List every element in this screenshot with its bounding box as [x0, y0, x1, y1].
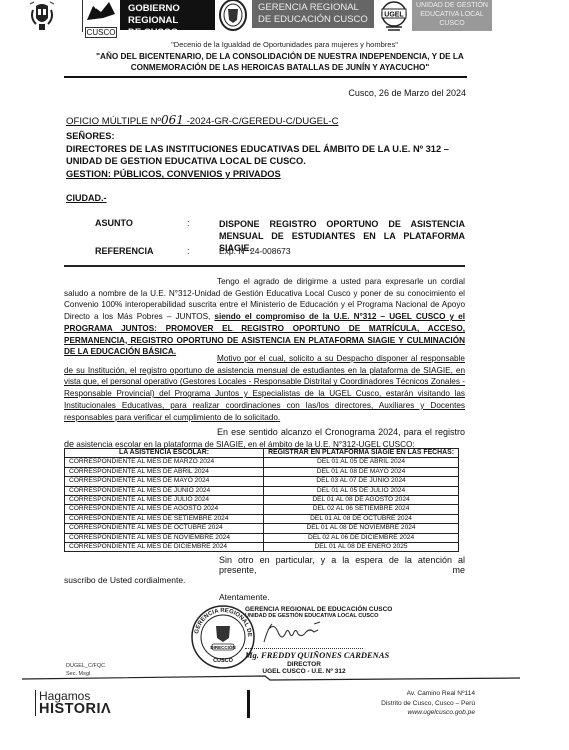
- attendance-month-cell: CORRESPONDIENTE AL MES DE NOVIEMBRE 2024: [65, 533, 264, 542]
- paragraph-intro: Tengo el agrado de dirigirme a usted par…: [64, 276, 465, 358]
- address-line: Av. Camino Real Nº114: [381, 689, 475, 699]
- oficio-handwritten-number: 061: [161, 113, 184, 127]
- signer-title: DIRECTOR: [245, 661, 363, 668]
- address-line: Distrito de Cusco, Cusco – Perú: [381, 699, 475, 709]
- column-header: REGISTRAR EN PLATAFORMA SIAGIE EN LAS FE…: [264, 449, 459, 458]
- registration-dates-cell: DEL 01 AL 08 DE ENERO 2025: [264, 543, 459, 552]
- svg-text:CUSCO: CUSCO: [213, 658, 234, 664]
- closing-line: Sin otro en particular, y a la espera de…: [219, 555, 465, 575]
- salutation: Atentamente.: [219, 592, 270, 602]
- column-header: LA ASISTENCIA ESCOLAR:: [65, 449, 264, 458]
- table-row: CORRESPONDIENTE AL MES DE MARZO 2024DEL …: [65, 458, 459, 467]
- gestion-types: GESTION: PÚBLICOS, CONVENIOS y PRIVADOS: [66, 169, 281, 179]
- addressee-title: SEÑORES:: [66, 131, 115, 141]
- ugel-banner: UNIDAD DE GESTIÓN EDUCATIVA LOCAL CUSCO: [412, 0, 492, 31]
- schedule-table: LA ASISTENCIA ESCOLAR: REGISTRAR EN PLAT…: [64, 448, 459, 552]
- table-row: CORRESPONDIENTE AL MES DE DICIEMBRE 2024…: [65, 543, 459, 552]
- peru-coat-of-arms-icon: [22, 0, 62, 32]
- oficio-number: OFICIO MÚLTIPLE Nº061 -2024-GR-C/GEREDU-…: [66, 113, 339, 127]
- table-row: CORRESPONDIENTE AL MES DE JULIO 2024DEL …: [65, 496, 459, 505]
- registration-dates-cell: DEL 01 AL 08 DE AGOSTO 2024: [264, 496, 459, 505]
- oficio-prefix: OFICIO MÚLTIPLE Nº: [66, 116, 161, 127]
- cusco-label: CUSCO: [85, 27, 117, 38]
- registration-dates-cell: DEL 01 AL 08 DE OCTUBRE 2024: [264, 514, 459, 523]
- footer-separator: [247, 690, 250, 718]
- dre-emblem-icon: [218, 0, 248, 32]
- attendance-month-cell: CORRESPONDIENTE AL MES DE DICIEMBRE 2024: [65, 543, 264, 552]
- asunto-line: DISPONE REGISTRO OPORTUNO DE ASISTENCIA: [219, 218, 465, 230]
- letter-date: Cusco, 26 de Marzo del 2024: [348, 88, 466, 98]
- registration-dates-cell: DEL 02 AL 06 DE DICIEMBRE 2024: [264, 533, 459, 542]
- oficio-suffix: -2024-GR-C/GEREDU-C/DUGEL-C: [184, 116, 339, 127]
- banner-line: GOBIERNO REGIONAL: [128, 3, 215, 27]
- registration-dates-cell: DEL 02 AL 06 SETIEMBRE 2024: [264, 505, 459, 514]
- table-row: CORRESPONDIENTE AL MES DE NOVIEMBRE 2024…: [65, 533, 459, 542]
- paragraph-schedule: En ese sentido alcanzo el Cronograma 202…: [64, 427, 465, 450]
- attendance-month-cell: CORRESPONDIENTE AL MES DE JUNIO 2024: [65, 486, 264, 495]
- colon: :: [187, 218, 190, 228]
- table-row: CORRESPONDIENTE AL MES DE ABRIL 2024DEL …: [65, 467, 459, 476]
- registration-dates-cell: DEL 03 AL 07 DE JUNIO 2024: [264, 477, 459, 486]
- table-row: CORRESPONDIENTE AL MES DE SETIEMBRE 2024…: [65, 514, 459, 523]
- slogan-line-2: HISTORIΛ: [39, 703, 111, 716]
- colon: :: [187, 246, 190, 256]
- banner-line: UNIDAD DE GESTIÓN: [412, 1, 492, 10]
- header-divider: [64, 76, 467, 78]
- banner-line: EDUCATIVA LOCAL: [412, 10, 492, 19]
- website-link[interactable]: www.ugelcusco.gob.pe: [381, 708, 475, 718]
- gerencia-regional-banner: GERENCIA REGIONAL DE EDUCACIÓN CUSCO: [252, 0, 374, 28]
- reference-code: DUGEL_C/FQC: [66, 662, 105, 670]
- gobierno-regional-banner: GOBIERNO REGIONAL DE CUSCO: [120, 0, 215, 30]
- attendance-month-cell: CORRESPONDIENTE AL MES DE MAYO 2024: [65, 477, 264, 486]
- ugel-emblem-icon: UGEL: [378, 0, 410, 32]
- registration-dates-cell: DEL 01 AL 05 DE JULIO 2024: [264, 486, 459, 495]
- attendance-month-cell: CORRESPONDIENTE AL MES DE MARZO 2024: [65, 458, 264, 467]
- attendance-month-cell: CORRESPONDIENTE AL MES DE AGOSTO 2024: [65, 505, 264, 514]
- svg-text:UGEL: UGEL: [384, 12, 404, 19]
- subject-divider: [64, 265, 465, 267]
- signer-name: Mg. FREDDY QUIÑONES CARDENAS: [245, 650, 389, 660]
- addressee: DIRECTORES DE LAS INSTITUCIONES EDUCATIV…: [66, 143, 471, 167]
- banner-line: CUSCO: [412, 19, 492, 28]
- referencia-value: Exp. Nº 24-008673: [219, 246, 291, 256]
- paragraph-request: Motivo por el cual, solicito a su Despac…: [64, 353, 465, 423]
- registration-dates-cell: DEL 01 AL 05 DE ABRIL 2024: [264, 458, 459, 467]
- footer-address: Av. Camino Real Nº114 Distrito de Cusco,…: [381, 689, 475, 718]
- table-row: CORRESPONDIENTE AL MES DE JUNIO 2024DEL …: [65, 486, 459, 495]
- signature-line: [245, 648, 363, 649]
- stamp-line-2: UNIDAD DE GESTIÓN EDUCATIVA LOCAL CUSCO: [245, 613, 378, 619]
- closing-line-2: suscribo de Usted cordialmente.: [64, 575, 185, 585]
- table-row: CORRESPONDIENTE AL MES DE MAYO 2024DEL 0…: [65, 477, 459, 486]
- svg-text:DIRECCIÓN: DIRECCIÓN: [210, 643, 235, 650]
- footer-divider: [0, 672, 569, 682]
- attendance-month-cell: CORRESPONDIENTE AL MES DE ABRIL 2024: [65, 467, 264, 476]
- table-row: CORRESPONDIENTE AL MES DE AGOSTO 2024DEL…: [65, 505, 459, 514]
- referencia-label: REFERENCIA: [95, 246, 154, 256]
- handwritten-signature-icon: [258, 620, 328, 646]
- asunto-label: ASUNTO: [95, 218, 133, 228]
- registration-dates-cell: DEL 01 AL 08 DE MAYO 2024: [264, 467, 459, 476]
- banner-line: DE CUSCO: [128, 27, 215, 39]
- request-text: Motivo por el cual, solicito a su Despac…: [64, 354, 465, 422]
- slogan-logo: Hagamos HISTORIΛ: [35, 690, 111, 716]
- registration-dates-cell: DEL 01 AL 08 DE NOVIEMBRE 2024: [264, 524, 459, 533]
- banner-line: DE EDUCACIÓN CUSCO: [258, 14, 374, 26]
- ciudad: CIUDAD.-: [66, 193, 107, 203]
- attendance-month-cell: CORRESPONDIENTE AL MES DE SETIEMBRE 2024: [65, 514, 264, 523]
- cusco-municipality-logo: CUSCO: [82, 0, 119, 32]
- banner-line: GERENCIA REGIONAL: [258, 2, 374, 14]
- table-header-row: LA ASISTENCIA ESCOLAR: REGISTRAR EN PLAT…: [65, 449, 459, 458]
- year-motto: "AÑO DEL BICENTENARIO, DE LA CONSOLIDACI…: [70, 51, 490, 73]
- attendance-month-cell: CORRESPONDIENTE AL MES DE OCTUBRE 2024: [65, 524, 264, 533]
- decenio-motto: "Decenio de la Igualdad de Oportunidades…: [0, 40, 569, 49]
- stamp-line-1: GERENCIA REGIONAL DE EDUCACIÓN CUSCO: [245, 606, 392, 613]
- table-row: CORRESPONDIENTE AL MES DE OCTUBRE 2024DE…: [65, 524, 459, 533]
- condor-icon: [83, 0, 119, 22]
- attendance-month-cell: CORRESPONDIENTE AL MES DE JULIO 2024: [65, 496, 264, 505]
